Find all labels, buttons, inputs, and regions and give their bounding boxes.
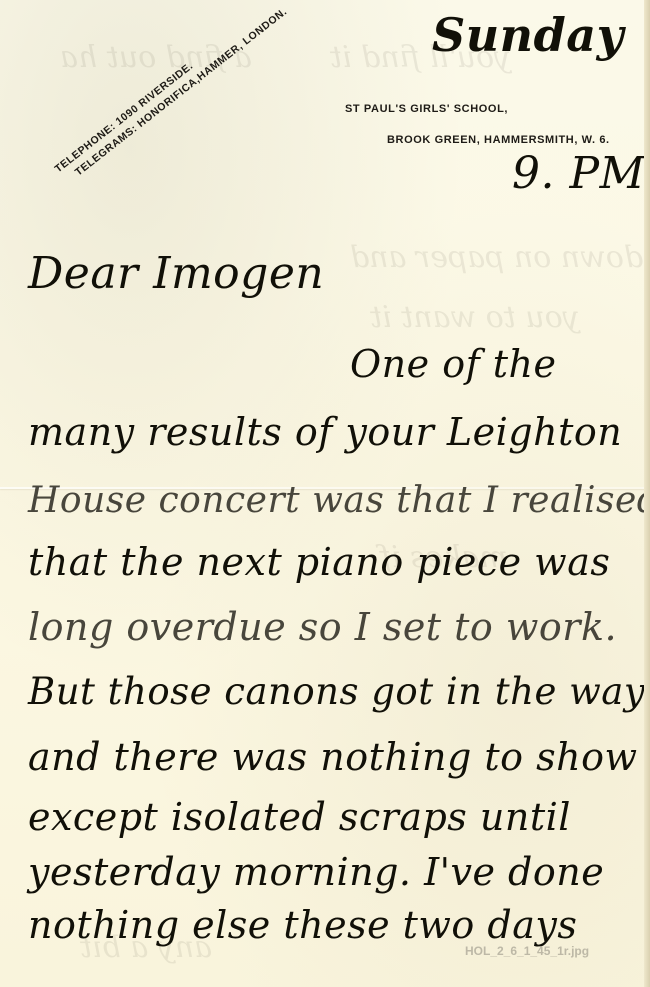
body-line: except isolated scraps until — [28, 795, 571, 839]
bleed-through-text: down on paper and — [350, 240, 643, 275]
handwritten-time: 9. PM — [512, 148, 645, 199]
letterhead-contact: TELEPHONE: 1090 RIVERSIDE. TELEGRAMS: HO… — [52, 0, 291, 189]
body-line: House concert was that I realised — [28, 480, 650, 521]
body-line: many results of your Leighton — [28, 410, 622, 454]
salutation: Dear Imogen — [28, 248, 324, 299]
school-name: ST PAUL'S GIRLS' SCHOOL, — [345, 103, 508, 115]
handwritten-day: Sunday — [432, 8, 624, 62]
school-address: BROOK GREEN, HAMMERSMITH, W. 6. — [387, 134, 610, 146]
body-line: nothing else these two days — [28, 903, 577, 947]
body-line: One of the — [350, 342, 556, 386]
body-line: But those canons got in the way — [28, 670, 645, 713]
body-line: long overdue so I set to work. — [28, 605, 617, 649]
bleed-through-text: you to want it — [370, 300, 580, 335]
telephone-line: TELEPHONE: 1090 RIVERSIDE. — [52, 0, 281, 177]
letter-page: a find out ha you'll find it down on pap… — [0, 0, 650, 987]
filename-watermark: HOL_2_6_1_45_1r.jpg — [465, 944, 595, 958]
body-line: yesterday morning. I've done — [28, 850, 604, 894]
body-line: and there was nothing to show — [28, 735, 638, 779]
body-line: that the next piano piece was — [28, 540, 610, 584]
telegrams-line: TELEGRAMS: HONORIFICA,HAMMER, LONDON. — [72, 5, 290, 180]
